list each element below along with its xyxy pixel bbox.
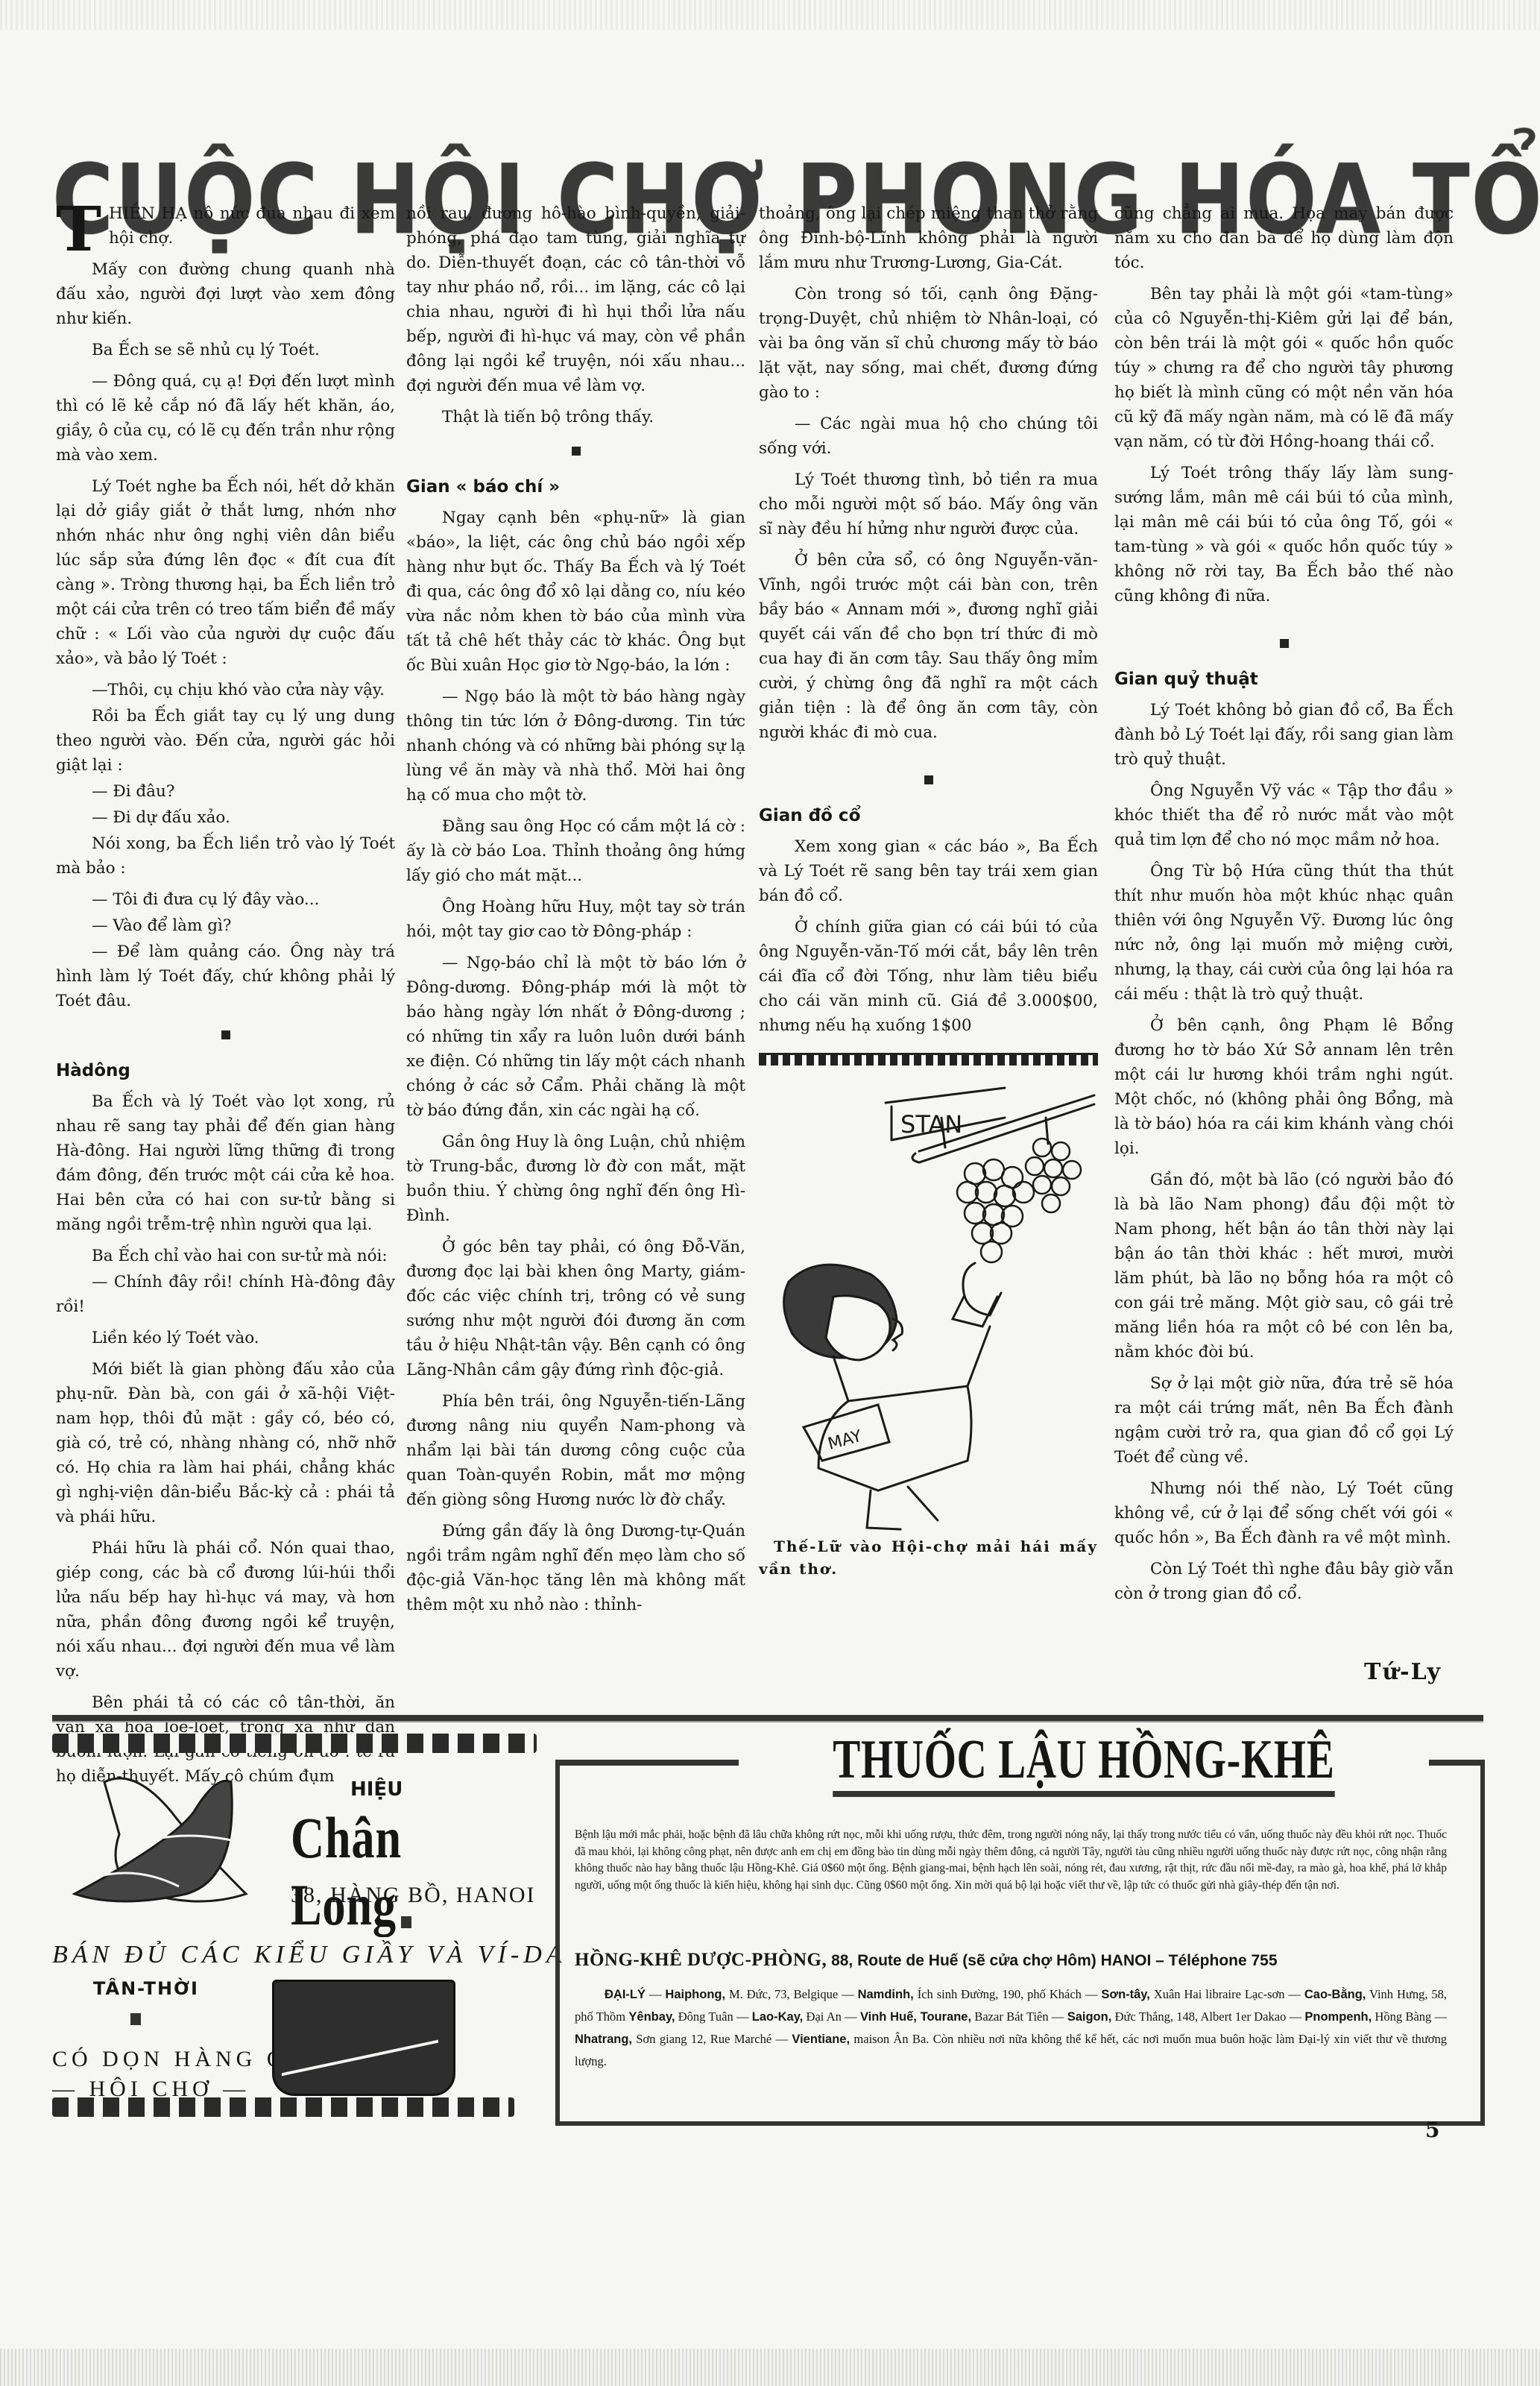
agent-detail: Đại An [807, 2009, 842, 2024]
paragraph: Gần đó, một bà lão (có người bảo đó là b… [1114, 1168, 1454, 1364]
shoes-illustration-icon [60, 1767, 283, 1916]
agent-detail: M. Đức, 73, Belgique [729, 1987, 838, 2001]
dialogue-line: — Vào để làm gì? [56, 913, 395, 938]
paragraph: Thật là tiến bộ trông thấy. [406, 405, 745, 429]
agent-city: Pnompenh, [1304, 2010, 1372, 2024]
paragraph: Nhưng nói thế nào, Lý Toét cũng không về… [1114, 1476, 1454, 1550]
paragraph: nồi rau, đương hô-hào bình-quyền, giải-p… [406, 201, 745, 398]
ad-agents-list: ĐẠI-LÝ — Haiphong, M. Đức, 73, Belgique … [575, 1983, 1447, 2073]
illustration-caption: Thế-Lữ vào Hội-chợ mải hái mấy vần thơ. [759, 1535, 1098, 1580]
paragraph: Ba Ếch chỉ vào hai con sư-tử mà nói: [56, 1244, 395, 1268]
article-column-2: nồi rau, đương hô-hào bình-quyền, giải-p… [406, 201, 745, 1624]
ad-hieu-label: HIỆU [350, 1778, 403, 1801]
dialogue-line: — Đi đâu? [56, 779, 395, 804]
paragraph: thoảng, ông lại chép miệng than thở rằng… [759, 201, 1098, 275]
agent-city: Haiphong, [665, 1988, 725, 2001]
paragraph: Ông Nguyễn Vỹ vác « Tập thơ đầu » khóc t… [1114, 778, 1454, 852]
section-title-bao-chi: Gian « báo chí » [406, 475, 745, 500]
paragraph: Đứng gần đấy là ông Dương-tự-Quán ngồi t… [406, 1519, 745, 1617]
section-ornament [759, 767, 1098, 792]
dialogue-line: — Chính đây rồi! chính Hà-đông đây rồi! [56, 1270, 395, 1319]
section-title-hadong: Hàdông [56, 1059, 395, 1083]
ad-company-line: HỒNG-KHÊ DƯỢC-PHÒNG, 88, Route de Huế (s… [575, 1950, 1454, 1971]
agent-detail: Đông Tuân [678, 2009, 733, 2024]
paragraph: Ba Ếch se sẽ nhủ cụ lý Toét. [56, 338, 395, 362]
paragraph: Ba Ếch và lý Toét vào lọt xong, rủ nhau … [56, 1089, 395, 1237]
ad-subtitle: TÂN-THỜI [93, 1978, 199, 1999]
opening-text: HIỀN HẠ nô nức đua nhau đi xem hội chợ. [109, 204, 395, 248]
scan-noise-bottom [0, 2349, 1540, 2386]
paragraph: Bên tay phải là một gói «tam-tùng» của c… [1114, 282, 1454, 454]
dialogue-line: — Tôi đi đưa cụ lý đây vào... [56, 887, 395, 912]
horizontal-rule [52, 1715, 1483, 1722]
opening-paragraph: THIỀN HẠ nô nức đua nhau đi xem hội chợ. [56, 201, 395, 251]
ad-address: 38, HÀNG BỒ, HANOI [291, 1883, 536, 1908]
agent-city: Sơn-tây, [1101, 1988, 1150, 2001]
ad-fair-line-1: CÓ DỌN HÀNG Ở [52, 2047, 288, 2072]
paragraph: Ở góc bên tay phải, có ông Đỗ-Văn, đương… [406, 1235, 745, 1382]
author-signature: Tứ-Ly [1364, 1659, 1442, 1685]
agent-detail: Bazar Bát Tiên [974, 2009, 1048, 2024]
paragraph: Còn Lý Toét thì nghe đâu bây giờ vẫn còn… [1114, 1557, 1454, 1606]
ornamental-border-top [52, 1734, 537, 1753]
ornament-icon [130, 2013, 141, 2025]
ad-brand-name: Chân Long [291, 1804, 487, 1939]
paragraph: Nói xong, ba Ếch liền trỏ vào lý Toét mà… [56, 831, 395, 881]
ad-title-wrap: THUỐC LẬU HỒNG-KHÊ [739, 1728, 1429, 1797]
paragraph: — Ngọ-báo chỉ là một tờ báo lớn ở Đông-d… [406, 951, 745, 1123]
agent-detail: Xuân Hai libraire Lạc-sơn [1154, 1987, 1285, 2001]
paragraph: Còn trong só tối, cạnh ông Đặng-trọng-Du… [759, 282, 1098, 405]
ad-title: THUỐC LẬU HỒNG-KHÊ [833, 1728, 1334, 1797]
agents-label: ĐẠI-LÝ [605, 1988, 646, 2001]
agent-city: Cao-Bằng, [1304, 1988, 1366, 2001]
section-title-do-co: Gian đồ cổ [759, 804, 1098, 828]
scan-noise-top [0, 0, 1540, 30]
paragraph: cũng chẳng ai mua. Họa may bán được năm … [1114, 201, 1454, 275]
dialogue-line: — Đi dự đấu xảo. [56, 805, 395, 830]
ad-body-text: Bệnh lậu mới mắc phải, hoặc bệnh đã lâu … [575, 1827, 1447, 1894]
paragraph: Lý Toét thương tình, bỏ tiền ra mua cho … [759, 468, 1098, 541]
paragraph: Ở bên cửa sổ, có ông Nguyễn-văn-Vĩnh, ng… [759, 548, 1098, 745]
agent-city: Saigon, [1067, 2010, 1112, 2024]
ornamental-divider [759, 1053, 1098, 1065]
paragraph: Đằng sau ông Học có cắm một lá cờ : ấy l… [406, 814, 745, 888]
page-number: 5 [1425, 2118, 1439, 2142]
ornament-icon [401, 1916, 411, 1928]
paragraph: Lý Toét trông thấy lấy làm sung-sướng lắ… [1114, 461, 1454, 608]
agent-detail: maison Ân Ba. [853, 2032, 929, 2046]
paragraph: Ông Từ bộ Hứa cũng thút tha thút thít nh… [1114, 859, 1454, 1007]
agent-detail: Đức Thắng, 148, Albert 1er Dakao [1115, 2009, 1287, 2024]
article-column-3: thoảng, ông lại chép miệng than thở rằng… [759, 201, 1098, 1580]
paragraph: Ở chính giữa gian có cái búi tó của ông … [759, 915, 1098, 1038]
article-column-1: THIỀN HẠ nô nức đua nhau đi xem hội chợ.… [56, 201, 395, 1795]
paragraph: Lý Toét không bỏ gian đồ cổ, Ba Ếch đành… [1114, 698, 1454, 772]
paragraph: Phái hữu là phái cổ. Nón quai thao, giép… [56, 1536, 395, 1684]
paragraph: —Thôi, cụ chịu khó vào cửa này vậy. [56, 678, 395, 702]
paragraph: — Ngọ báo là một tờ báo hàng ngày thông … [406, 684, 745, 808]
agent-detail: Ích sinh Đường, 190, phố Khách [918, 1987, 1082, 2001]
section-ornament [56, 1022, 395, 1047]
paragraph: Ông Hoàng hữu Huy, một tay sờ trán hói, … [406, 895, 745, 944]
drop-cap: T [56, 204, 101, 255]
agent-city: Vinh Huế, Tourane, [860, 2010, 971, 2024]
paragraph: — Để làm quảng cáo. Ông này trá hình làm… [56, 939, 395, 1013]
ad-hong-khe: THUỐC LẬU HỒNG-KHÊ Bệnh lậu mới mắc phải… [555, 1760, 1485, 2126]
paragraph: Sợ ở lại một giờ nữa, đứa trẻ sẽ hóa ra … [1114, 1371, 1454, 1470]
paragraph: Rồi ba Ếch giắt tay cụ lý ung dung theo … [56, 704, 395, 778]
agent-detail: Sơn giang 12, Rue Marché [636, 2032, 771, 2046]
dialogue-line: — Các ngài mua hộ cho chúng tôi sống với… [759, 412, 1098, 461]
cartoon-illustration: STAN [759, 1073, 1098, 1535]
agent-city: Yênbay, [628, 2010, 675, 2024]
agent-city: Nhatrang, [575, 2033, 632, 2046]
paragraph: Liền kéo lý Toét vào. [56, 1326, 395, 1350]
ad-company-name: HỒNG-KHÊ DƯỢC-PHÒNG, [575, 1950, 827, 1970]
cartoon-the-lu-picking-grapes-icon: STAN [759, 1073, 1098, 1535]
svg-text:STAN: STAN [900, 1110, 962, 1139]
paragraph: Ngay cạnh bên «phụ-nữ» là gian «báo», la… [406, 506, 745, 678]
ad-slogan: BÁN ĐỦ CÁC KIỂU GIẦY VÀ VÍ-DA [52, 1941, 567, 1969]
paragraph: Lý Toét nghe ba Ếch nói, hết dở khăn lại… [56, 474, 395, 671]
ad-chan-long: HIỆU Chân Long 38, HÀNG BỒ, HANOI BÁN ĐỦ… [52, 1734, 537, 2121]
agent-detail: Hồng Bàng [1375, 2009, 1432, 2024]
agent-city: Vientiane, [792, 2033, 850, 2046]
paragraph: Phía bên trái, ông Nguyễn-tiến-Lãng đươn… [406, 1389, 745, 1512]
ornamental-border-bottom [52, 2097, 514, 2117]
section-ornament [406, 438, 745, 463]
purse-illustration-icon [272, 1980, 455, 2096]
paragraph: Mấy con đường chung quanh nhà đấu xảo, n… [56, 257, 395, 331]
paragraph: Gần ông Huy là ông Luận, chủ nhiệm tờ Tr… [406, 1130, 745, 1228]
agent-city: Namdinh, [858, 1988, 914, 2001]
agent-city: Lao-Kay, [752, 2010, 803, 2024]
paragraph: Ở bên cạnh, ông Phạm lê Bổng đương hơ tờ… [1114, 1013, 1454, 1161]
article-column-4: cũng chẳng ai mua. Họa may bán được năm … [1114, 201, 1454, 1613]
section-ornament [1114, 631, 1454, 655]
paragraph: Xem xong gian « các báo », Ba Ếch và Lý … [759, 834, 1098, 908]
paragraph: Mới biết là gian phòng đấu xảo của phụ-n… [56, 1357, 395, 1529]
ad-company-address: 88, Route de Huế (sẽ cửa chợ Hôm) HANOI … [831, 1952, 1277, 1969]
section-title-quy-thuat: Gian quỷ thuật [1114, 667, 1454, 692]
paragraph: — Đông quá, cụ ạ! Đợi đến lượt mình thì … [56, 369, 395, 468]
